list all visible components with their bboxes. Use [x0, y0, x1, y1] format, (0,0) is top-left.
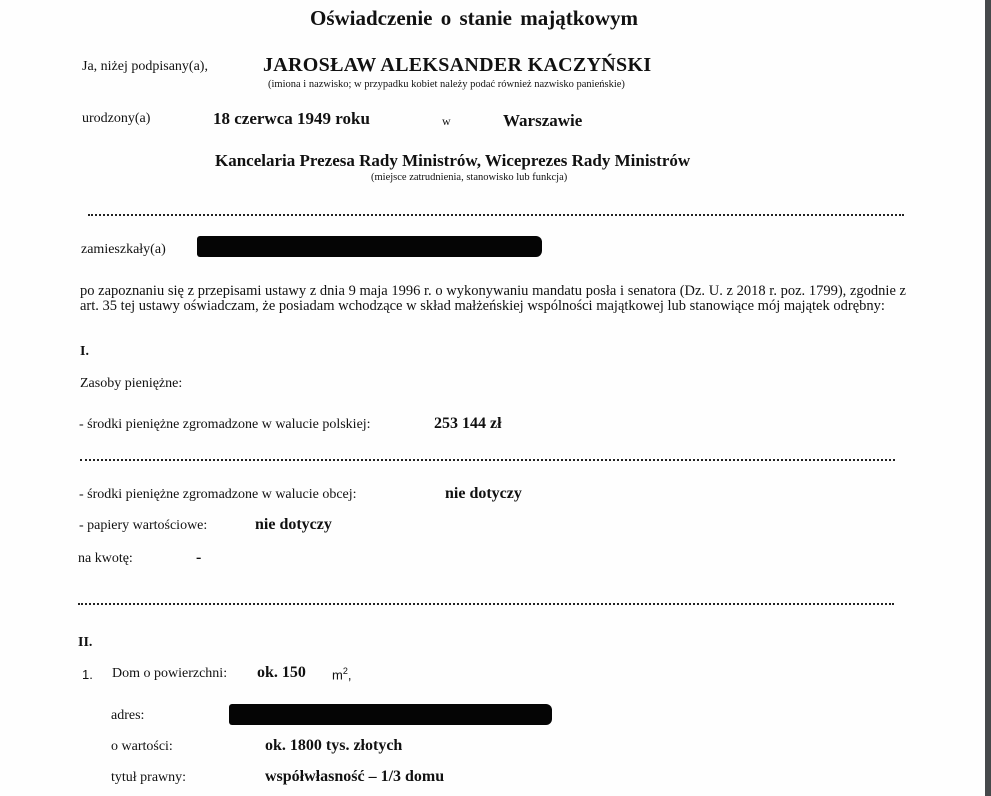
value-label: o wartości: — [111, 739, 173, 755]
viewer-edge-bar — [985, 0, 991, 796]
house-label: Dom o powierzchni: — [112, 666, 227, 682]
pln-funds-label: - środki pieniężne zgromadzone w walucie… — [79, 417, 371, 433]
house-unit-text: m — [332, 667, 343, 682]
address-redaction — [229, 704, 552, 725]
intro-paragraph: po zapoznaniu się z przepisami ustawy z … — [80, 284, 906, 314]
securities-label: - papiery wartościowe: — [79, 518, 207, 534]
document-page: Oświadczenie o stanie majątkowym Ja, niż… — [0, 0, 985, 796]
employment-value: Kancelaria Prezesa Rady Ministrów, Wicep… — [215, 151, 690, 171]
section-1-heading: I. — [80, 344, 89, 360]
section-2-heading: II. — [78, 635, 92, 651]
address-label: adres: — [111, 708, 144, 724]
house-value: ok. 1800 tys. złotych — [265, 737, 402, 755]
section-1-subheading: Zasoby pieniężne: — [80, 376, 182, 392]
employment-hint: (miejsce zatrudnienia, stanowisko lub fu… — [371, 172, 567, 183]
foreign-funds-label: - środki pieniężne zgromadzone w walucie… — [79, 487, 357, 503]
house-unit-suffix: , — [348, 667, 352, 682]
birth-place: Warszawie — [503, 111, 582, 131]
birth-in-label: w — [442, 114, 451, 129]
pln-funds-value: 253 144 zł — [434, 415, 502, 433]
item-number: 1. — [82, 667, 93, 682]
declarant-name: JAROSŁAW ALEKSANDER KACZYŃSKI — [263, 54, 651, 77]
amount-value: - — [196, 549, 201, 567]
dotted-line — [78, 603, 894, 605]
foreign-funds-value: nie dotyczy — [445, 485, 522, 503]
declarant-name-hint: (imiona i nazwisko; w przypadku kobiet n… — [268, 79, 625, 90]
residence-label: zamieszkały(a) — [81, 242, 166, 258]
legal-title-value: współwłasność – 1/3 domu — [265, 768, 444, 786]
dotted-line — [80, 459, 895, 461]
declarant-label: Ja, niżej podpisany(a), — [82, 59, 208, 75]
legal-title-label: tytuł prawny: — [111, 770, 186, 786]
house-area: ok. 150 — [257, 664, 306, 682]
house-unit: m2, — [332, 666, 351, 682]
residence-redaction — [197, 236, 542, 257]
birth-date: 18 czerwca 1949 roku — [213, 109, 370, 129]
amount-label: na kwotę: — [78, 551, 133, 567]
dotted-line — [88, 214, 904, 216]
birth-label: urodzony(a) — [82, 111, 150, 127]
securities-value: nie dotyczy — [255, 516, 332, 534]
document-title: Oświadczenie o stanie majątkowym — [310, 6, 638, 31]
